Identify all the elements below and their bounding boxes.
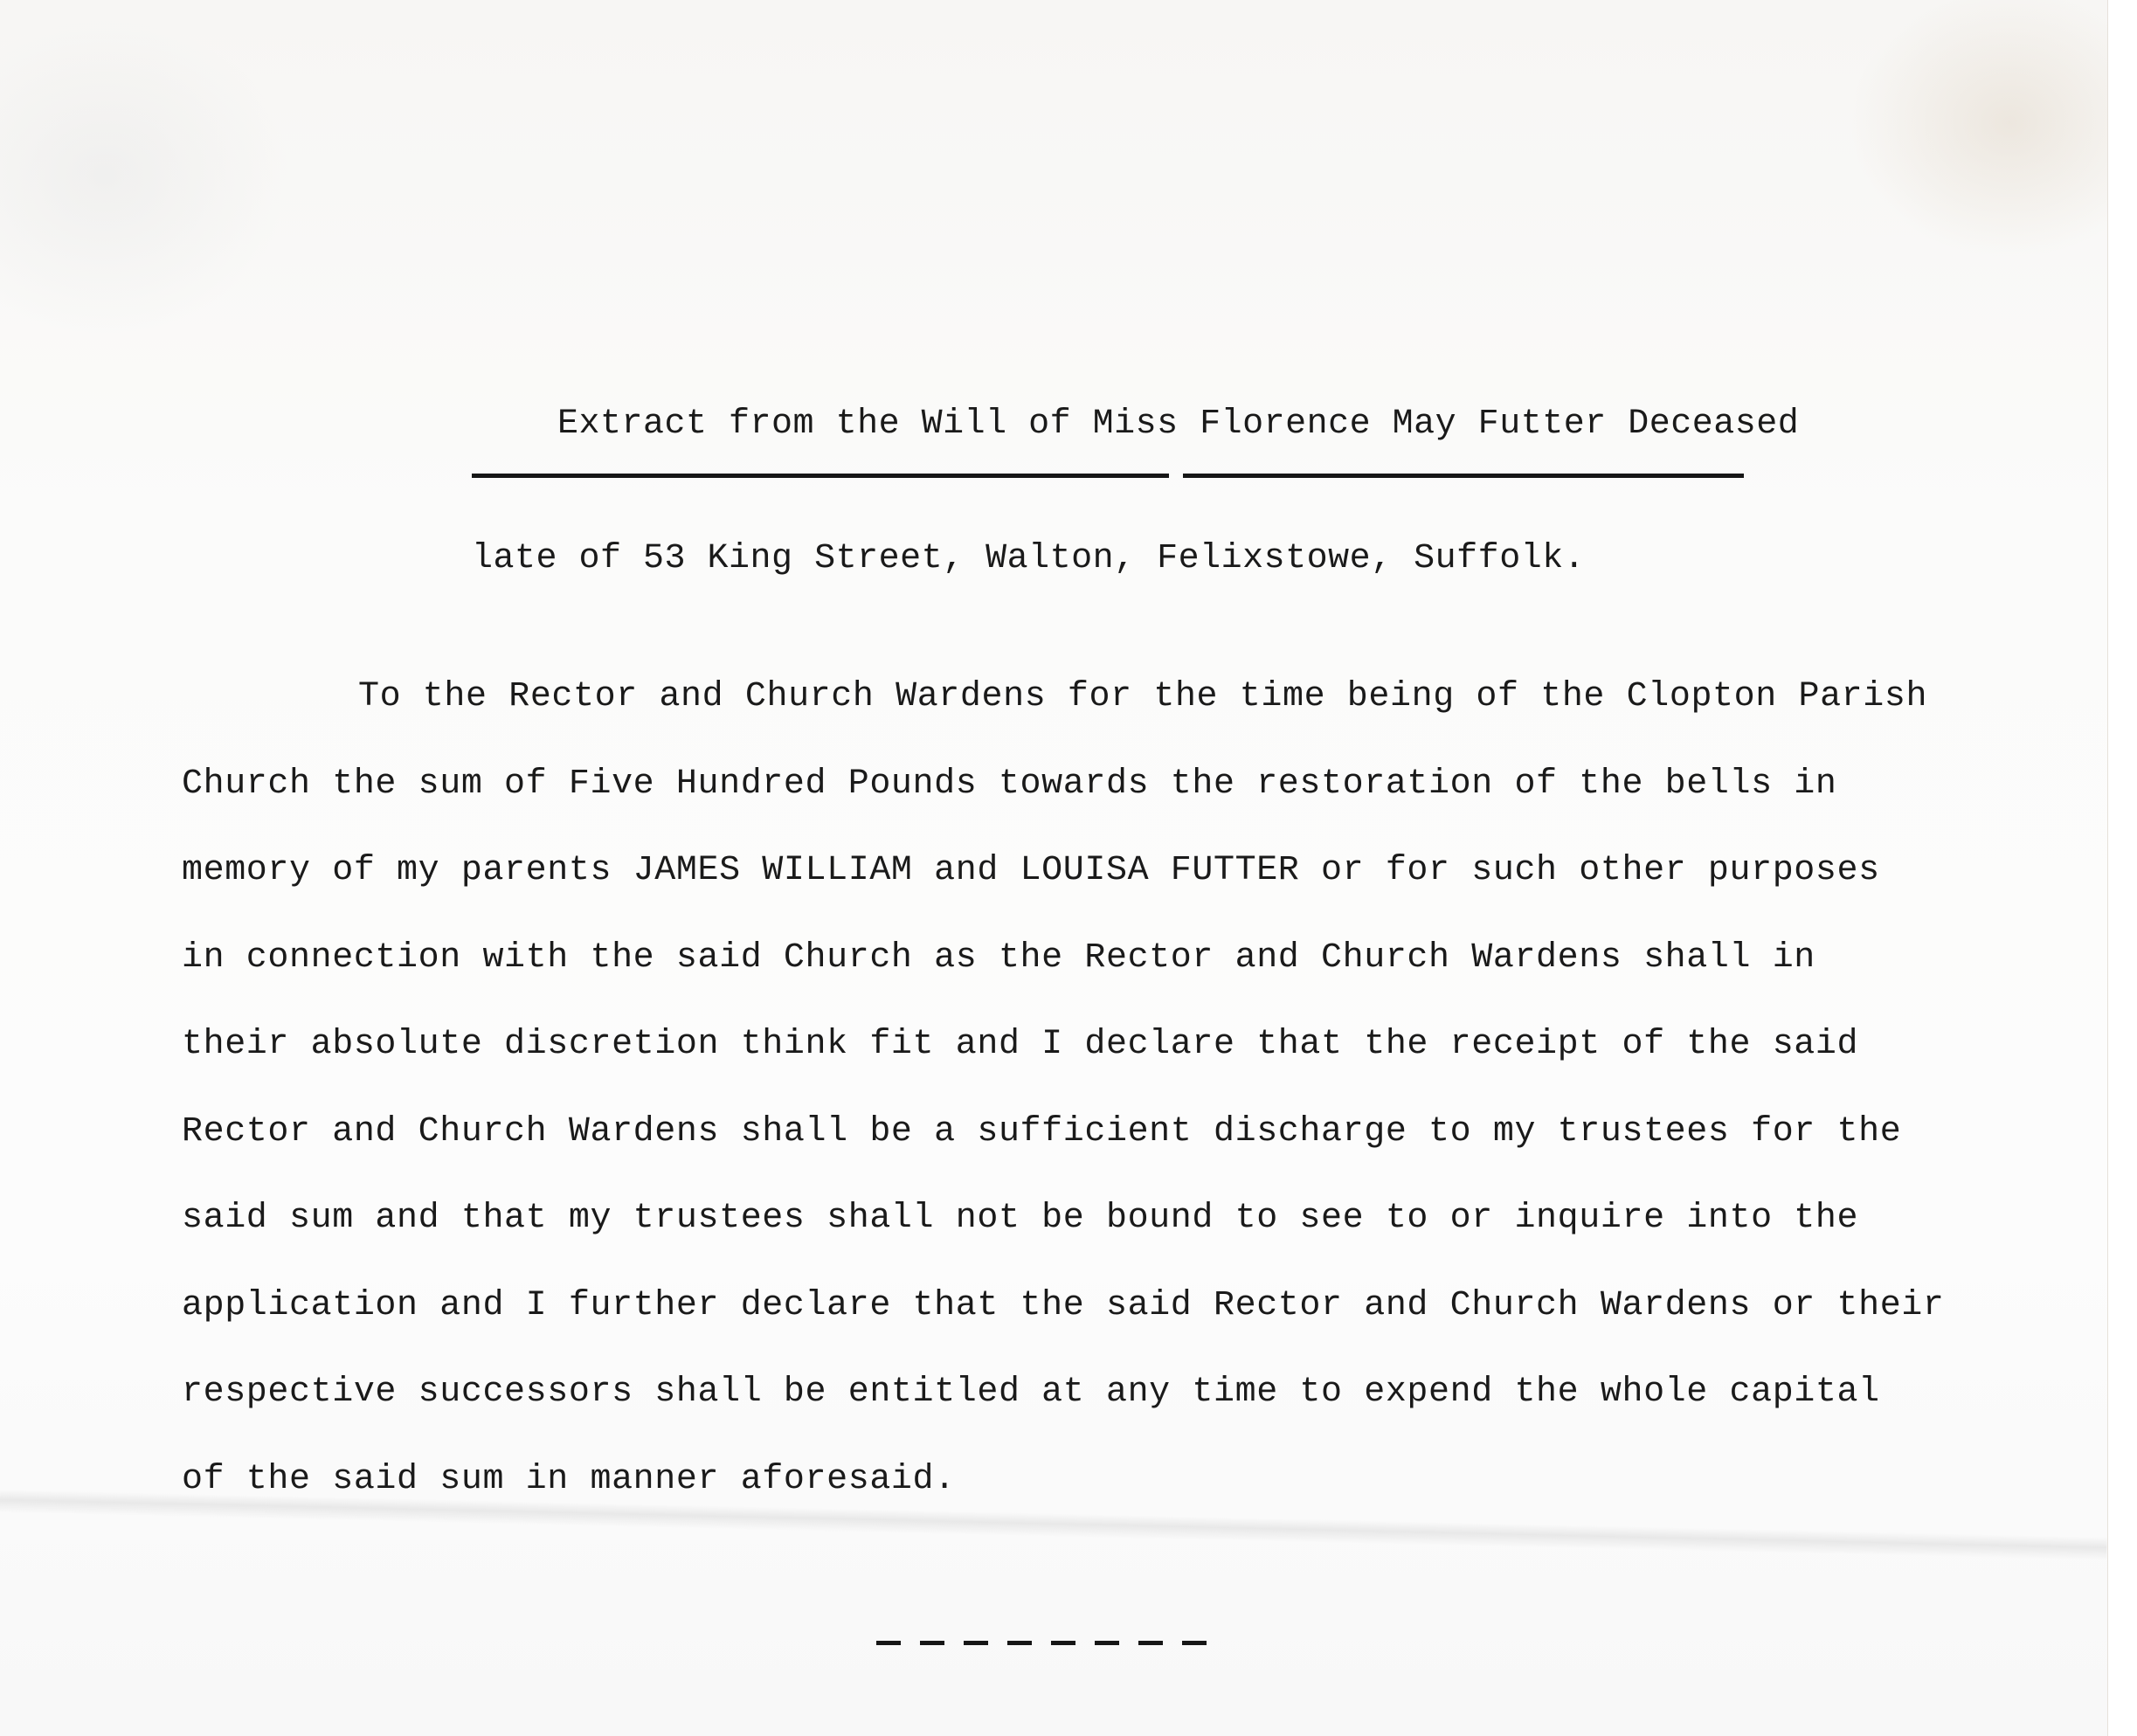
body-line: Rector and Church Wardens shall be a suf… bbox=[182, 1089, 2034, 1176]
heading-line-2: late of 53 King Street, Walton, Felixsto… bbox=[472, 535, 1799, 584]
body-line: application and I further declare that t… bbox=[182, 1262, 2034, 1350]
heading-underline bbox=[472, 474, 1744, 478]
body-line: Church the sum of Five Hundred Pounds to… bbox=[182, 741, 2034, 828]
paper-sheet: Extract from the Will of Miss Florence M… bbox=[0, 0, 2108, 1736]
dash-mark bbox=[1051, 1641, 1075, 1645]
dash-mark bbox=[1007, 1641, 1032, 1645]
will-extract-body: To the Rector and Church Wardens for the… bbox=[182, 654, 2034, 1523]
dash-mark bbox=[1095, 1641, 1119, 1645]
dash-mark bbox=[1138, 1641, 1163, 1645]
document-heading: Extract from the Will of Miss Florence M… bbox=[472, 351, 1799, 681]
body-line: of the said sum in manner aforesaid. bbox=[182, 1436, 2034, 1524]
dash-mark bbox=[964, 1641, 988, 1645]
body-line: in connection with the said Church as th… bbox=[182, 915, 2034, 1002]
heading-line-1: Extract from the Will of Miss Florence M… bbox=[557, 405, 1799, 444]
body-line: said sum and that my trustees shall not … bbox=[182, 1175, 2034, 1262]
dash-mark bbox=[920, 1641, 944, 1645]
body-line: To the Rector and Church Wardens for the… bbox=[182, 654, 2034, 741]
closing-dash-separator bbox=[876, 1641, 1207, 1645]
body-line: their absolute discretion think fit and … bbox=[182, 1001, 2034, 1089]
body-line: memory of my parents JAMES WILLIAM and L… bbox=[182, 827, 2034, 915]
dash-mark bbox=[1182, 1641, 1207, 1645]
dash-mark bbox=[876, 1641, 901, 1645]
body-line: respective successors shall be entitled … bbox=[182, 1349, 2034, 1436]
